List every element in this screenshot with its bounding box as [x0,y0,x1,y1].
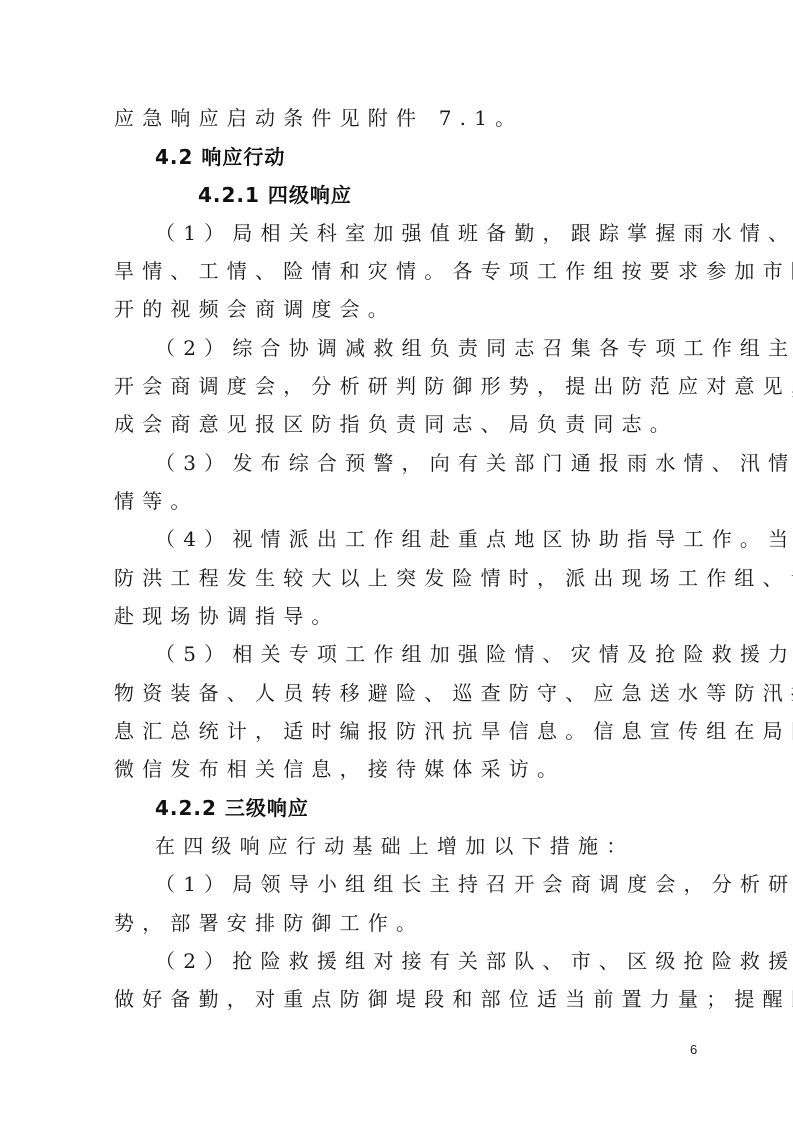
subsection-heading-4-2-1: 4.2.1 四级响应 [198,181,352,209]
body-line: 微信发布相关信息，接待媒体采访。 [114,755,565,783]
body-line: 息汇总统计，适时编报防汛抗旱信息。信息宣传组在局网站、 [114,717,793,745]
body-line: （3）发布综合预警，向有关部门通报雨水情、汛情、工 [155,449,793,477]
body-line: 在四级响应行动基础上增加以下措施： [155,832,634,860]
body-line: （1）局相关科室加强值班备勤，跟踪掌握雨水情、汛情、 [155,219,793,247]
section-heading-4-2: 4.2 响应行动 [155,143,285,171]
body-line: 物资装备、人员转移避险、巡查防守、应急送水等防汛抗旱信 [114,679,793,707]
body-line: （1）局领导小组组长主持召开会商调度会，分析研判形 [155,870,793,898]
body-line: 旱情、工情、险情和灾情。各专项工作组按要求参加市防指召 [114,257,793,285]
body-line: 势，部署安排防御工作。 [114,909,424,937]
body-line: 应急响应启动条件见附件 7.1。 [114,104,523,132]
body-line: 赴现场协调指导。 [114,602,340,630]
body-line: （2）综合协调减救组负责同志召集各专项工作组主持召 [155,334,793,362]
body-line: 防洪工程发生较大以上突发险情时，派出现场工作组、专家组 [114,564,793,592]
body-line: （4）视情派出工作组赴重点地区协助指导工作。当重要 [155,525,793,553]
body-line: 做好备勤，对重点防御堤段和部位适当前置力量；提醒区级防 [114,985,793,1013]
body-line: （2）抢险救援组对接有关部队、市、区级抢险救援队伍 [155,947,793,975]
body-line: 开会商调度会，分析研判防御形势，提出防范应对意见，并形 [114,372,793,400]
body-line: 情等。 [114,487,199,515]
page-number: 6 [690,1042,697,1057]
body-line: 开的视频会商调度会。 [114,295,396,323]
document-page: 应急响应启动条件见附件 7.1。 4.2 响应行动 4.2.1 四级响应 （1）… [0,0,793,1122]
body-line: 成会商意见报区防指负责同志、局负责同志。 [114,410,678,438]
body-line: （5）相关专项工作组加强险情、灾情及抢险救援力量、 [155,640,793,668]
subsection-heading-4-2-2: 4.2.2 三级响应 [155,794,309,822]
